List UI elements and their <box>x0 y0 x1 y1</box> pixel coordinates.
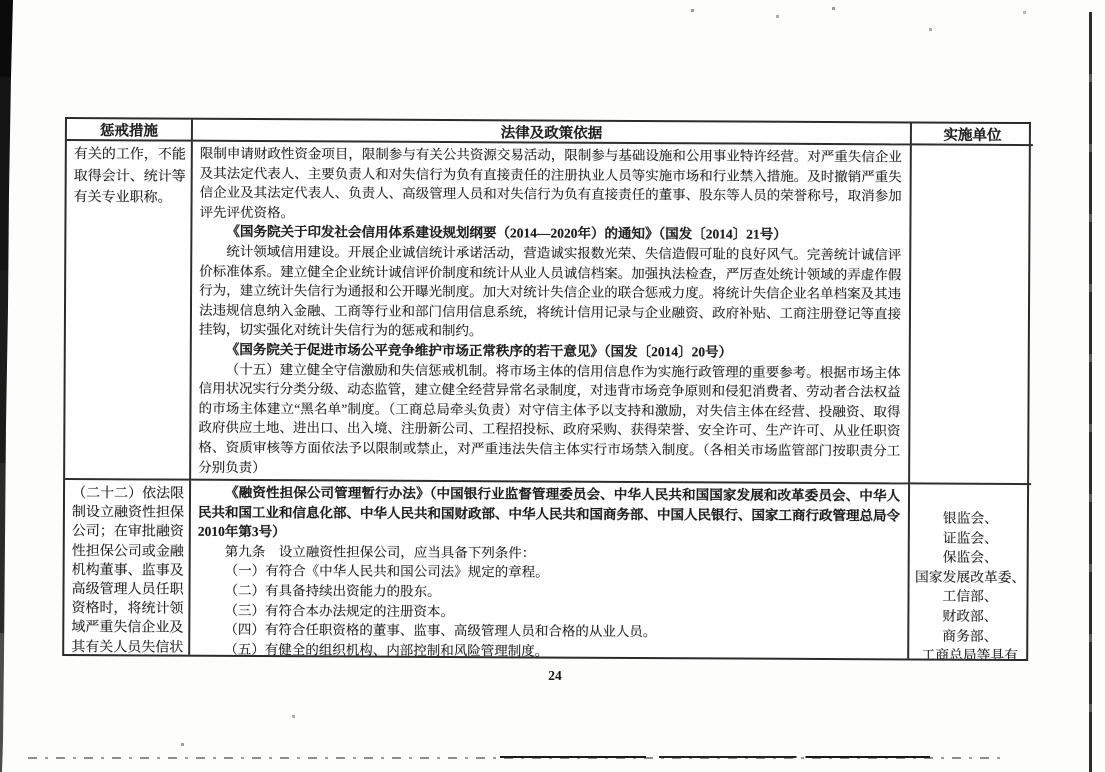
unit-line: 证监会、 <box>910 528 1031 548</box>
legal-basis-cell-row1: 限制申请财政性资金项目，限制参与有关公共资源交易活动，限制参与基础设施和公用事业… <box>191 142 912 485</box>
basis-title: 《融资性担保公司管理暂行办法》（中国银行业监督管理委员会、中华人民共和国国家发展… <box>198 483 900 545</box>
unit-line: 保监会、 <box>910 548 1031 568</box>
unit-line: 国家发展改革委、 <box>910 567 1031 587</box>
unit-line: 商务部、 <box>909 626 1030 646</box>
bottom-edge-scan-line-dark <box>500 756 930 758</box>
header-cell-measures: 惩戒措施 <box>67 119 193 142</box>
header-cell-implementing-unit: 实施单位 <box>912 123 1033 146</box>
legal-basis-cell-row2: 《融资性担保公司管理暂行办法》（中国银行业监督管理委员会、中华人民共和国国家发展… <box>190 481 910 659</box>
right-edge-scan-line <box>1089 12 1092 772</box>
left-binding-strip <box>0 0 14 772</box>
measure-cell-row1: 有关的工作，不能取得会计、统计等有关专业职称。 <box>65 141 193 481</box>
measure-cell-row2: （二十二）依法限制设立融资性担保公司；在审批融资性担保公司或金融机构董事、监事及… <box>64 480 191 655</box>
unit-line: 工信部、 <box>909 587 1030 607</box>
unit-line: 财政部、 <box>909 606 1030 626</box>
unit-line: 银监会、 <box>910 508 1031 528</box>
implementing-unit-cell-row1 <box>910 145 1033 485</box>
basis-paragraph: 限制申请财政性资金项目，限制参与有关公共资源交易活动，限制参与基础设施和公用事业… <box>199 144 901 226</box>
punishment-measures-table: 惩戒措施 法律及政策依据 实施单位 有关的工作，不能取得会计、统计等有关专业职称… <box>62 117 1031 661</box>
scan-speckles <box>0 0 1 1</box>
table-grid: 惩戒措施 法律及政策依据 实施单位 有关的工作，不能取得会计、统计等有关专业职称… <box>62 117 1031 661</box>
basis-paragraph: 统计领域信用建设。开展企业诚信统计承诺活动，营造诚实报数光荣、失信造假可耻的良好… <box>199 242 902 344</box>
unit-line: 工商总局等具有 <box>909 646 1030 659</box>
page-number: 24 <box>535 668 575 684</box>
basis-paragraph: （十五）建立健全守信激励和失信惩戒机制。将市场主体的信用信息作为实施行政管理的重… <box>198 359 901 480</box>
implementing-unit-cell-row2: 银监会、 证监会、 保监会、 国家发展改革委、 工信部、 财政部、 商务部、 工… <box>909 484 1031 659</box>
basis-paragraph: （五）有健全的组织机构、内部控制和风险管理制度。 <box>197 639 899 658</box>
